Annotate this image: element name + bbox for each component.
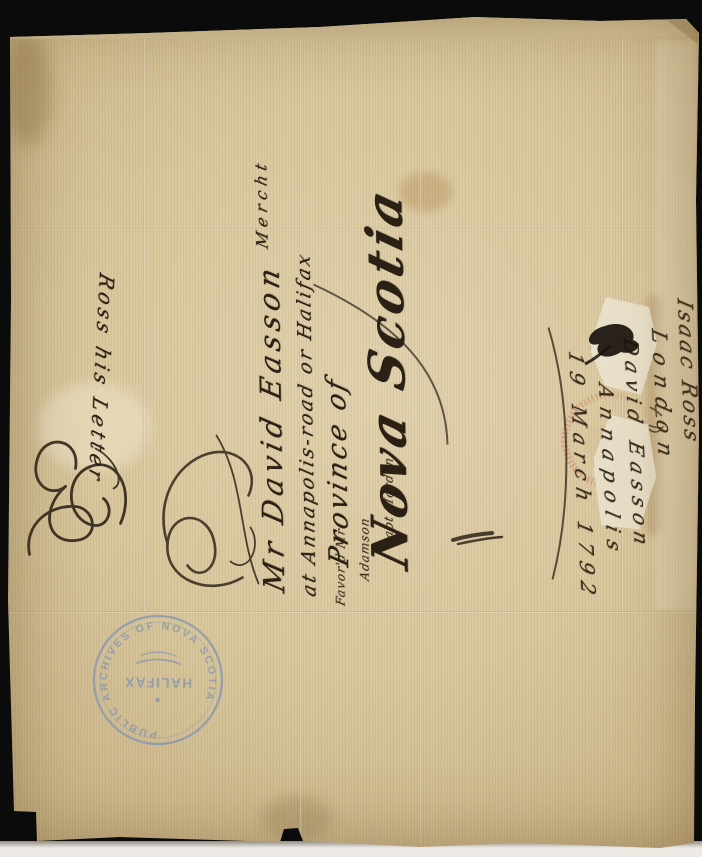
- edge-vignette: [0, 0, 702, 857]
- photograph-of-letter: { "photo": { "background_color": "#0b0b0…: [0, 0, 702, 857]
- letter-paper: Mr David Easson Mercht at Annapolis-road…: [0, 0, 702, 857]
